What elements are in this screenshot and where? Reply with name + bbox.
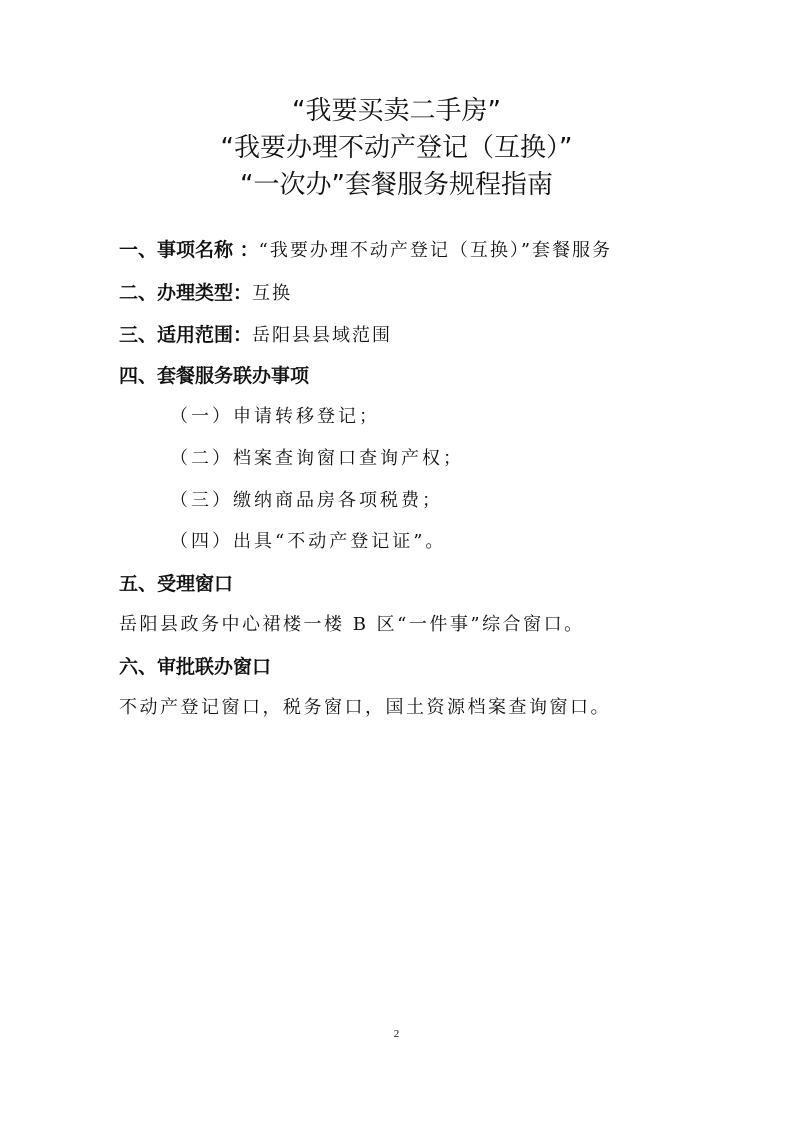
document-title-line-3: “一次办”套餐服务规程指南	[0, 168, 793, 202]
section-approval-window: 六、审批联办窗口	[119, 654, 271, 680]
list-item: （三）缴纳商品房各项税费；	[170, 488, 443, 514]
section-heading: 四、套餐服务联办事项	[119, 365, 309, 387]
section-paragraph: 岳阳县政务中心裙楼一楼 B 区“一件事”综合窗口。	[119, 612, 585, 638]
section-value: 岳阳县县域范围	[252, 325, 392, 346]
list-item: （二）档案查询窗口查询产权；	[170, 446, 464, 472]
section-value: 互换	[252, 283, 292, 304]
section-item-name: 一、事项名称 ：“我要办理不动产登记（互换）”套餐服务	[119, 237, 612, 264]
list-item: （一）申请转移登记；	[170, 404, 380, 430]
section-joint-items: 四、套餐服务联办事项	[119, 363, 309, 389]
section-value: “我要办理不动产登记（互换）”套餐服务	[259, 240, 612, 261]
page-number: 2	[0, 1028, 793, 1040]
section-heading: 二、办理类型：	[119, 282, 252, 304]
list-item: （四）出具“不动产登记证”。	[170, 529, 446, 555]
section-scope: 三、适用范围：岳阳县县域范围	[119, 322, 392, 349]
section-heading: 六、审批联办窗口	[119, 656, 271, 678]
document-title-line-2: “我要办理不动产登记（互换）”	[0, 131, 793, 165]
section-handling-type: 二、办理类型：互换	[119, 280, 292, 307]
section-paragraph: 不动产登记窗口，税务窗口，国土资源档案查询窗口。	[119, 695, 611, 721]
document-title-line-1: “我要买卖二手房”	[0, 94, 793, 128]
section-heading: 五、受理窗口	[119, 573, 233, 595]
section-acceptance-window: 五、受理窗口	[119, 571, 233, 597]
section-heading: 一、事项名称 ：	[119, 239, 259, 261]
section-heading: 三、适用范围：	[119, 324, 252, 346]
